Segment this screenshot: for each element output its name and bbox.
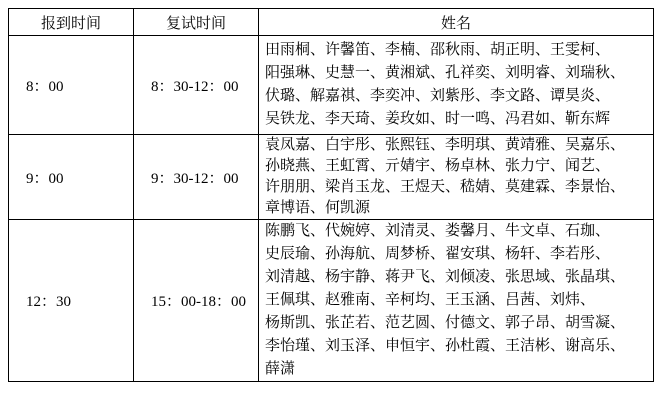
exam-time-cell: 8：30-12：00: [134, 36, 259, 135]
exam-time-cell: 9：30-12：00: [134, 135, 259, 220]
names-line: 王佩琪、赵雅南、辛柯均、王玉涵、吕茜、刘炜、: [265, 289, 650, 312]
names-line: 杨斯凯、张芷若、范艺圆、付德文、郭子昂、胡雪凝、: [265, 312, 650, 335]
names-line: 袁凤嘉、白宇彤、张熙钰、李明琪、黄靖雅、吴嘉乐、: [265, 135, 650, 156]
table-row: 8：00 8：30-12：00 田雨桐、许馨笛、李楠、邵秋雨、胡正明、王雯柯、阳…: [9, 36, 654, 135]
names-line: 章博语、何凯源: [265, 198, 650, 219]
names-line: 史辰瑜、孙海航、周梦桥、翟安琪、杨轩、李若彤、: [265, 243, 650, 266]
table-row: 12：30 15：00-18：00 陈鹏飞、代婉婷、刘清灵、娄馨月、牛文卓、石珈…: [9, 220, 654, 382]
header-checkin-time: 报到时间: [9, 9, 134, 36]
names-line: 李怡瑾、刘玉泽、申恒宇、孙杜霞、王洁彬、谢高乐、: [265, 335, 650, 358]
names-cell: 袁凤嘉、白宇彤、张熙钰、李明琪、黄靖雅、吴嘉乐、孙晓燕、王虹霄、亓婧宇、杨卓林、…: [259, 135, 654, 220]
header-exam-time: 复试时间: [134, 9, 259, 36]
names-line: 田雨桐、许馨笛、李楠、邵秋雨、胡正明、王雯柯、: [265, 39, 650, 62]
names-line: 陈鹏飞、代婉婷、刘清灵、娄馨月、牛文卓、石珈、: [265, 220, 650, 243]
names-line: 阳强琳、史慧一、黄湘斌、孔祥奕、刘明睿、刘瑞秋、: [265, 62, 650, 85]
names-line: 孙晓燕、王虹霄、亓婧宇、杨卓林、张力宁、闻艺、: [265, 156, 650, 177]
checkin-time-cell: 9：00: [9, 135, 134, 220]
header-row: 报到时间 复试时间 姓名: [9, 9, 654, 36]
checkin-time-cell: 12：30: [9, 220, 134, 382]
names-cell: 田雨桐、许馨笛、李楠、邵秋雨、胡正明、王雯柯、阳强琳、史慧一、黄湘斌、孔祥奕、刘…: [259, 36, 654, 135]
checkin-time-cell: 8：00: [9, 36, 134, 135]
names-line: 吴铁龙、李天琦、姜玫如、时一鸣、冯君如、靳东辉: [265, 108, 650, 131]
names-line: 薛潇: [265, 358, 650, 381]
names-line: 伏璐、解嘉祺、李奕冲、刘紫彤、李文路、谭昊炎、: [265, 85, 650, 108]
table-row: 9：00 9：30-12：00 袁凤嘉、白宇彤、张熙钰、李明琪、黄靖雅、吴嘉乐、…: [9, 135, 654, 220]
schedule-table: 报到时间 复试时间 姓名 8：00 8：30-12：00 田雨桐、许馨笛、李楠、…: [8, 8, 654, 382]
names-line: 刘清越、杨宇静、蒋尹飞、刘倾凌、张思域、张晶琪、: [265, 266, 650, 289]
exam-time-cell: 15：00-18：00: [134, 220, 259, 382]
header-names: 姓名: [259, 9, 654, 36]
names-cell: 陈鹏飞、代婉婷、刘清灵、娄馨月、牛文卓、石珈、史辰瑜、孙海航、周梦桥、翟安琪、杨…: [259, 220, 654, 382]
names-line: 许朋朋、梁肖玉龙、王煜天、嵇婧、莫建霖、李景怡、: [265, 177, 650, 198]
